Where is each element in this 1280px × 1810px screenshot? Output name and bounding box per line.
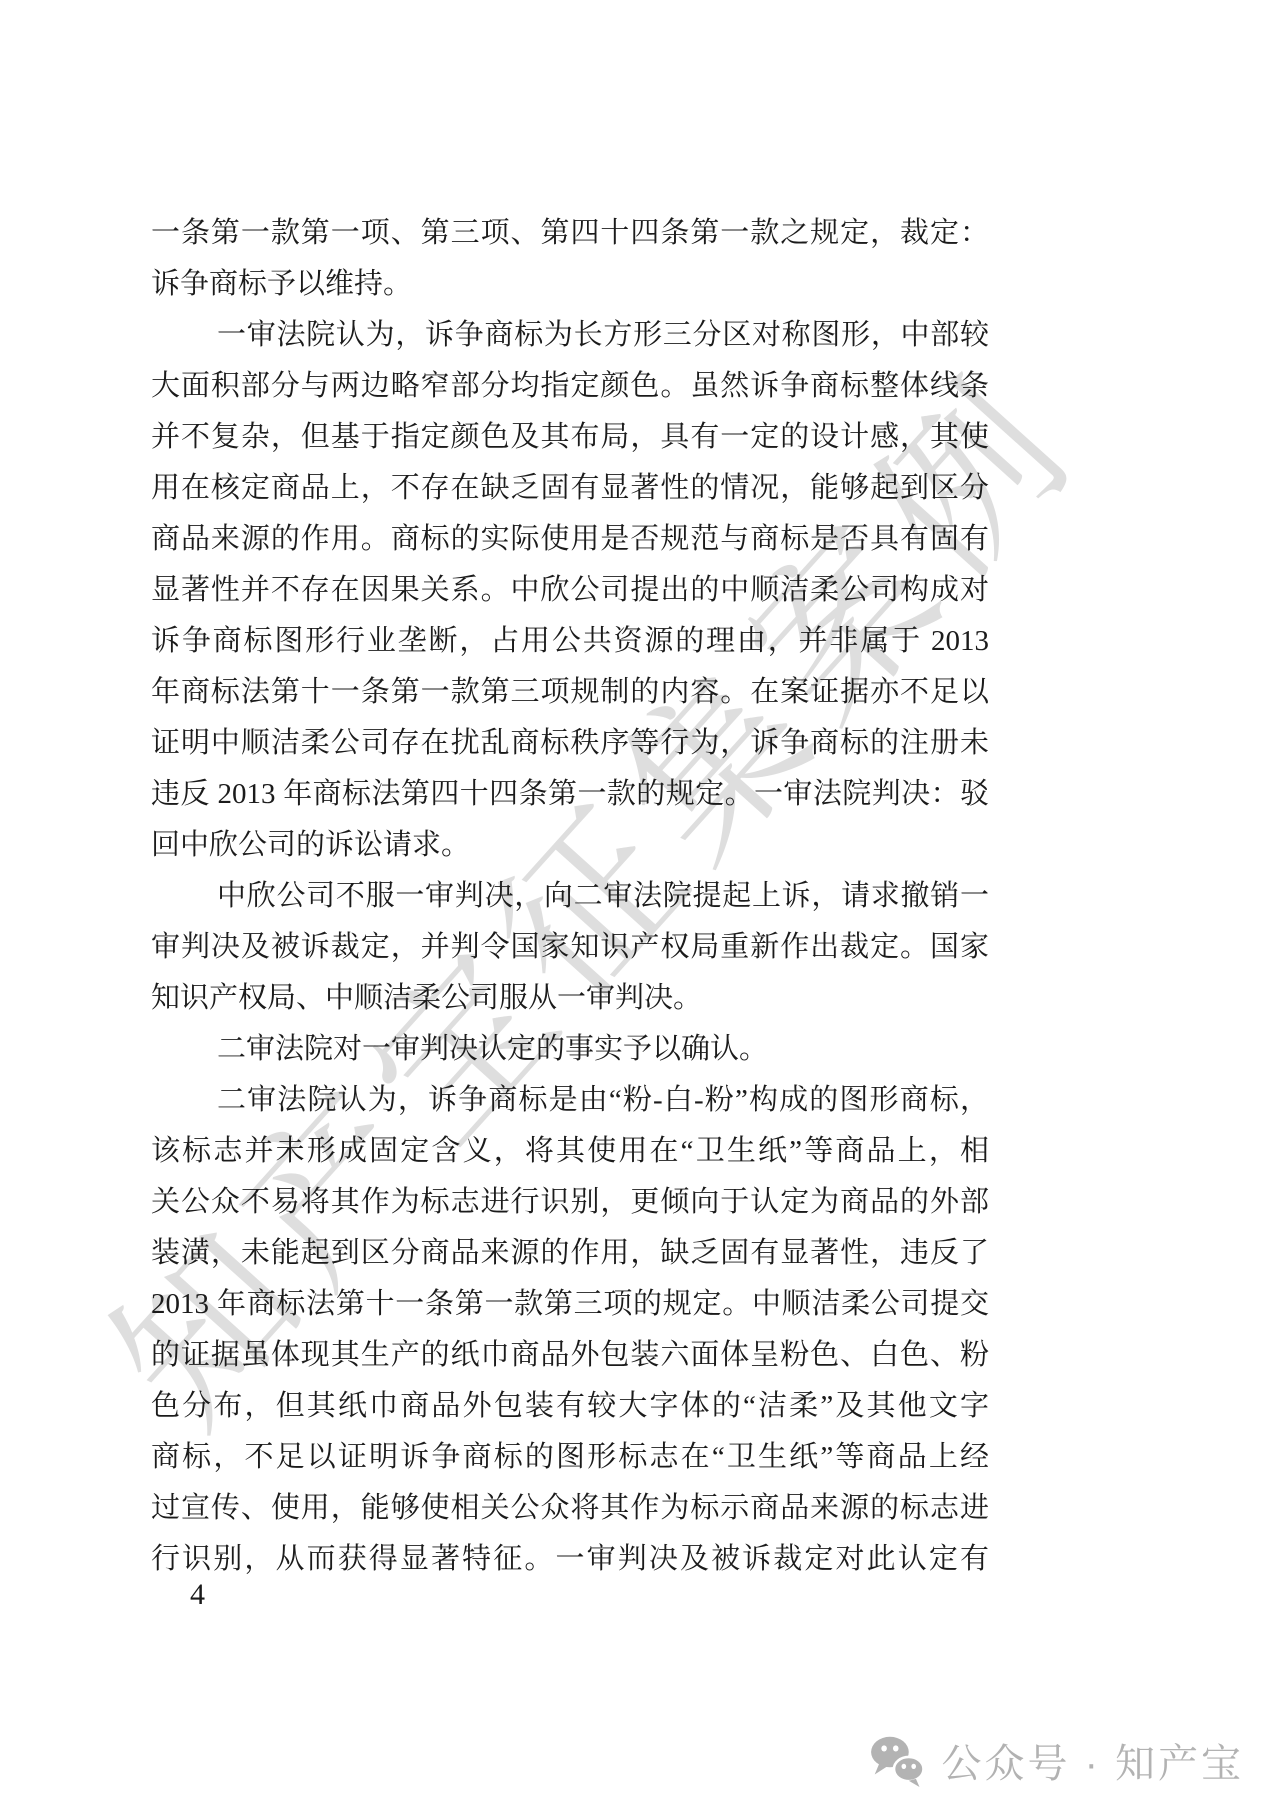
- text-line: 商标，不足以证明诉争商标的图形标志在“卫生纸”等商品上经: [151, 1432, 989, 1483]
- text-line: 行识别，从而获得显著特征。一审判决及被诉裁定对此认定有误，: [151, 1534, 989, 1585]
- text-line: 显著性并不存在因果关系。中欣公司提出的中顺洁柔公司构成对: [151, 565, 989, 616]
- text-line: 证明中顺洁柔公司存在扰乱商标秩序等行为，诉争商标的注册未: [151, 718, 989, 769]
- text-line: 并不复杂，但基于指定颜色及其布局，具有一定的设计感，其使: [151, 412, 989, 463]
- text-line: 审判决及被诉裁定，并判令国家知识产权局重新作出裁定。国家: [151, 922, 989, 973]
- footer-label: 公众号 · 知产宝: [941, 1732, 1244, 1789]
- text-line: 过宣传、使用，能够使相关公众将其作为标示商品来源的标志进: [151, 1483, 989, 1534]
- text-line: 一条第一款第一项、第三项、第四十四条第一款之规定，裁定：: [151, 208, 989, 259]
- document-page: 知产宝征集案例 一条第一款第一项、第三项、第四十四条第一款之规定，裁定：诉争商标…: [0, 0, 1280, 1810]
- footer: 公众号 · 知产宝: [869, 1732, 1244, 1789]
- text-line: 大面积部分与两边略窄部分均指定颜色。虽然诉争商标整体线条: [151, 361, 989, 412]
- text-line: 的证据虽体现其生产的纸巾商品外包装六面体呈粉色、白色、粉: [151, 1330, 989, 1381]
- text-line: 装潢，未能起到区分商品来源的作用，缺乏固有显著性，违反了: [151, 1228, 989, 1279]
- text-line: 回中欣公司的诉讼请求。: [151, 820, 989, 871]
- text-line: 诉争商标图形行业垄断，占用公共资源的理由，并非属于 2013: [151, 616, 989, 667]
- text-line: 该标志并未形成固定含义，将其使用在“卫生纸”等商品上，相: [151, 1126, 989, 1177]
- text-line: 诉争商标予以维持。: [151, 259, 989, 310]
- text-line: 二审法院认为，诉争商标是由“粉-白-粉”构成的图形商标，: [151, 1075, 989, 1126]
- text-line: 色分布，但其纸巾商品外包装有较大字体的“洁柔”及其他文字: [151, 1381, 989, 1432]
- text-line: 用在核定商品上，不存在缺乏固有显著性的情况，能够起到区分: [151, 463, 989, 514]
- text-line: 商品来源的作用。商标的实际使用是否规范与商标是否具有固有: [151, 514, 989, 565]
- text-line: 二审法院对一审判决认定的事实予以确认。: [151, 1024, 989, 1075]
- document-body: 一条第一款第一项、第三项、第四十四条第一款之规定，裁定：诉争商标予以维持。一审法…: [151, 208, 989, 1585]
- text-line: 2013 年商标法第十一条第一款第三项的规定。中顺洁柔公司提交: [151, 1279, 989, 1330]
- wechat-icon: [869, 1735, 927, 1787]
- text-line: 知识产权局、中顺洁柔公司服从一审判决。: [151, 973, 989, 1024]
- text-line: 中欣公司不服一审判决，向二审法院提起上诉，请求撤销一: [151, 871, 989, 922]
- text-line: 年商标法第十一条第一款第三项规制的内容。在案证据亦不足以: [151, 667, 989, 718]
- text-line: 关公众不易将其作为标志进行识别，更倾向于认定为商品的外部: [151, 1177, 989, 1228]
- text-line: 违反 2013 年商标法第四十四条第一款的规定。一审法院判决：驳: [151, 769, 989, 820]
- page-number: 4: [190, 1578, 205, 1612]
- text-line: 一审法院认为，诉争商标为长方形三分区对称图形，中部较: [151, 310, 989, 361]
